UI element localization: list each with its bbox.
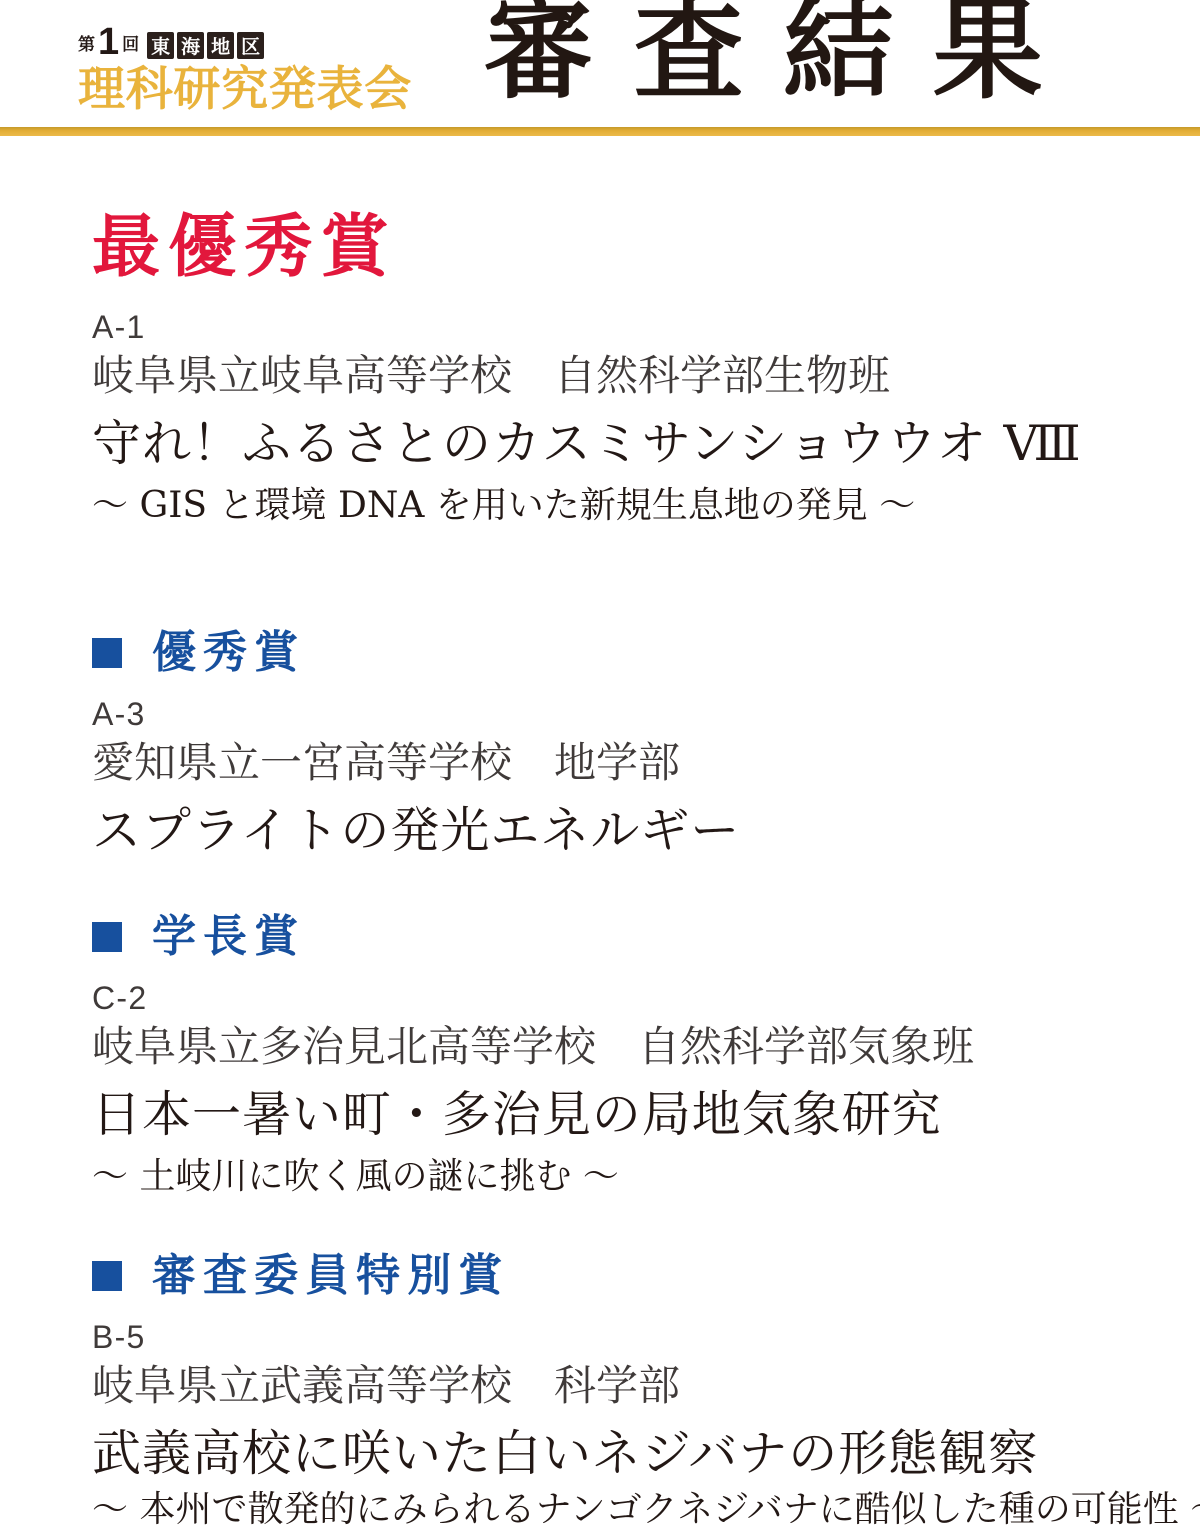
award-heading: 優秀賞 [92,630,1160,676]
research-title: 武義高校に咲いた白いネジバナの形態観察 [92,1429,1160,1478]
square-bullet-icon [92,922,122,952]
award-section: 優秀賞 A-3 愛知県立一宮高等学校 地学部 スプライトの発光エネルギー [92,630,1160,875]
square-bullet-icon [92,1261,122,1291]
region-box: 海 [177,32,204,59]
award-section: 学長賞 C-2 岐阜県立多治見北高等学校 自然科学部気象班 日本一暑い町・多治見… [92,914,1160,1195]
event-badge: 第 1 回 東海地区 理科研究発表会 [78,26,412,112]
award-section: 最優秀賞 A-1 岐阜県立岐阜高等学校 自然科学部生物班 守れ！ふるさとのカスミ… [92,212,1160,524]
region-badge: 東海地区 [147,32,264,59]
entry-code: B-5 [92,1321,1160,1353]
award-name: 優秀賞 [152,630,305,676]
event-name: 理科研究発表会 [78,65,412,112]
research-subtitle: ～ 土岐川に吹く風の謎に挑む ～ [92,1159,1160,1195]
school-name: 愛知県立一宮高等学校 地学部 [92,742,1160,784]
page-title: 審査結果 [484,0,1082,108]
entry-code: A-3 [92,698,1160,730]
research-subtitle: ～ 本州で散発的にみられるナンゴクネジバナに酷似した種の可能性 ～ [92,1492,1160,1528]
edition-suffix: 回 [119,30,147,59]
gold-divider [0,127,1200,136]
research-title: 日本一暑い町・多治見の局地気象研究 [92,1090,1160,1139]
research-title: スプライトの発光エネルギー [92,806,1160,855]
research-title: 守れ！ふるさとのカスミサンショウウオ Ⅷ [92,419,1160,468]
edition-prefix: 第 [78,30,98,59]
region-box: 東 [147,32,174,59]
region-box: 地 [207,32,234,59]
square-bullet-icon [92,638,122,668]
award-name: 最優秀賞 [92,212,397,283]
award-name: 学長賞 [152,914,305,960]
award-heading: 審査委員特別賞 [92,1253,1160,1299]
entry-code: C-2 [92,982,1160,1014]
award-heading: 学長賞 [92,914,1160,960]
edition-number: 1 [98,26,119,59]
region-box: 区 [237,32,264,59]
school-name: 岐阜県立岐阜高等学校 自然科学部生物班 [92,355,1160,397]
entry-code: A-1 [92,311,1160,343]
research-subtitle: ～ GIS と環境 DNA を用いた新規生息地の発見 ～ [92,488,1160,524]
edition-line: 第 1 回 東海地区 [78,26,412,59]
award-heading: 最優秀賞 [92,212,1160,283]
page: 第 1 回 東海地区 理科研究発表会 審査結果 最優秀賞 A-1 岐阜県立岐阜高… [0,0,1200,1531]
award-name: 審査委員特別賞 [152,1253,509,1299]
school-name: 岐阜県立多治見北高等学校 自然科学部気象班 [92,1026,1160,1068]
award-section: 審査委員特別賞 B-5 岐阜県立武義高等学校 科学部 武義高校に咲いた白いネジバ… [92,1253,1160,1528]
school-name: 岐阜県立武義高等学校 科学部 [92,1365,1160,1407]
